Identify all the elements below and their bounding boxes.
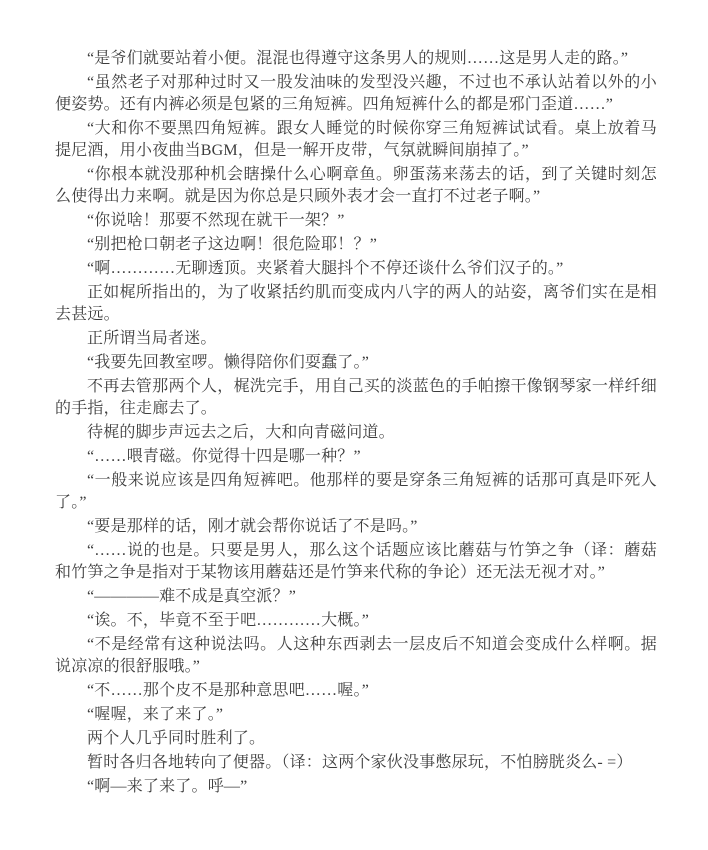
paragraph: “喔喔，来了来了。” bbox=[55, 704, 657, 726]
paragraph: 正如梶所指出的，为了收紧括约肌而变成内八字的两人的站姿，离爷们实在是相去甚远。 bbox=[55, 282, 657, 326]
text-content: “是爷们就要站着小便。混混也得遵守这条男人的规则……这是男人走的路。” “虽然老… bbox=[55, 48, 657, 800]
paragraph: “我要先回教室啰。懒得陪你们耍蠢了。” bbox=[55, 352, 657, 374]
paragraph: 待梶的脚步声远去之后，大和向青磁问道。 bbox=[55, 422, 657, 444]
paragraph: “不是经常有这种说法吗。人这种东西剥去一层皮后不知道会变成什么样啊。据说凉凉的很… bbox=[55, 634, 657, 678]
paragraph: “你根本就没那种机会瞎操什么心啊章鱼。卵蛋荡来荡去的话，到了关键时刻怎么使得出力… bbox=[55, 164, 657, 208]
paragraph: “啊—来了来了。呼—” bbox=[55, 776, 657, 798]
paragraph: 两个人几乎同时胜利了。 bbox=[55, 728, 657, 750]
paragraph: “————难不成是真空派？” bbox=[55, 586, 657, 608]
paragraph: “要是那样的话，刚才就会帮你说话了不是吗。” bbox=[55, 516, 657, 538]
paragraph: “大和你不要黑四角短裤。跟女人睡觉的时候你穿三角短裤试试看。桌上放着马提尼酒，用… bbox=[55, 118, 657, 162]
document-page: “是爷们就要站着小便。混混也得遵守这条男人的规则……这是男人走的路。” “虽然老… bbox=[0, 0, 708, 850]
paragraph: 正所谓当局者迷。 bbox=[55, 328, 657, 350]
paragraph: “虽然老子对那种过时又一股发油味的发型没兴趣，不过也不承认站着以外的小便姿势。还… bbox=[55, 72, 657, 116]
paragraph: “啊…………无聊透顶。夹紧着大腿抖个不停还谈什么爷们汉子的。” bbox=[55, 258, 657, 280]
paragraph: “不……那个皮不是那种意思吧……喔。” bbox=[55, 680, 657, 702]
paragraph: “诶。不，毕竟不至于吧…………大概。” bbox=[55, 610, 657, 632]
paragraph: “……说的也是。只要是男人，那么这个话题应该比蘑菇与竹笋之争（译：蘑菇和竹笋之争… bbox=[55, 540, 657, 584]
paragraph: 暂时各归各地转向了便器。（译：这两个家伙没事憋尿玩，不怕膀胱炎么- =） bbox=[55, 752, 657, 774]
paragraph: “你说啥！那要不然现在就干一架？” bbox=[55, 210, 657, 232]
paragraph: “……喂青磁。你觉得十四是哪一种？” bbox=[55, 446, 657, 468]
paragraph: “一般来说应该是四角短裤吧。他那样的要是穿条三角短裤的话那可真是吓死人了。” bbox=[55, 470, 657, 514]
paragraph: “是爷们就要站着小便。混混也得遵守这条男人的规则……这是男人走的路。” bbox=[55, 48, 657, 70]
paragraph: “别把枪口朝老子这边啊！很危险耶！？” bbox=[55, 234, 657, 256]
paragraph: 不再去管那两个人，梶洗完手，用自己买的淡蓝色的手帕擦干像钢琴家一样纤细的手指，往… bbox=[55, 376, 657, 420]
